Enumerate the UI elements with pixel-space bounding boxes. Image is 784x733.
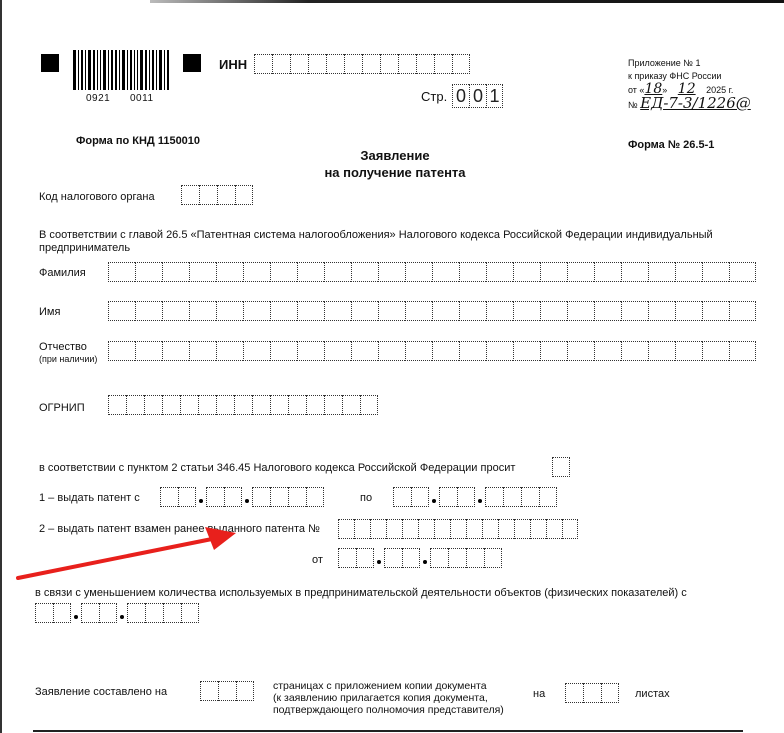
- cell[interactable]: [338, 519, 354, 539]
- cell[interactable]: [702, 262, 729, 282]
- cell[interactable]: [189, 341, 216, 361]
- composed-label: Заявление составлено на: [35, 686, 167, 698]
- surname-field[interactable]: [108, 262, 756, 282]
- cell[interactable]: [236, 681, 254, 701]
- cell[interactable]: [466, 548, 484, 568]
- month-cells[interactable]: [439, 487, 475, 507]
- patent-end-date-field[interactable]: [393, 487, 557, 507]
- cell[interactable]: [290, 54, 308, 74]
- surname-label: Фамилия: [39, 267, 86, 279]
- cell[interactable]: [199, 185, 217, 205]
- cell[interactable]: [356, 548, 374, 568]
- barcode-bar: [145, 50, 147, 90]
- cell[interactable]: [405, 301, 432, 321]
- cell[interactable]: [198, 395, 216, 415]
- cell[interactable]: [162, 301, 189, 321]
- cell[interactable]: [99, 603, 117, 623]
- cell[interactable]: [216, 341, 243, 361]
- tax-authority-code-field[interactable]: [181, 185, 253, 205]
- barcode-bar: [140, 50, 143, 90]
- cell[interactable]: [485, 487, 503, 507]
- cell[interactable]: [235, 185, 253, 205]
- alignment-marker-right: [183, 54, 201, 72]
- date-separator-dot: [71, 603, 81, 623]
- patent-number-field[interactable]: [338, 519, 578, 539]
- cell[interactable]: [648, 262, 675, 282]
- cell[interactable]: [127, 603, 145, 623]
- request-intro: в соответствии с пунктом 2 статьи 346.45…: [39, 462, 515, 474]
- cell[interactable]: [81, 603, 99, 623]
- page-label: Стр.: [421, 89, 447, 104]
- cell[interactable]: [326, 54, 344, 74]
- cell[interactable]: [402, 519, 418, 539]
- cell[interactable]: [338, 548, 356, 568]
- cell[interactable]: [402, 548, 420, 568]
- cell[interactable]: [432, 341, 459, 361]
- cell[interactable]: [459, 301, 486, 321]
- barcode-bar: [81, 50, 83, 90]
- cell[interactable]: [297, 262, 324, 282]
- barcode-bars: [73, 50, 171, 90]
- knd-code: Форма по КНД 1150010: [76, 135, 200, 147]
- barcode-number-left: 0921: [86, 93, 110, 104]
- cell[interactable]: [565, 683, 583, 703]
- cell[interactable]: [540, 341, 567, 361]
- cell[interactable]: [135, 341, 162, 361]
- handwritten-day: 18: [644, 81, 662, 97]
- handwritten-month: 12: [670, 81, 704, 97]
- cell[interactable]: [457, 487, 475, 507]
- month-cells[interactable]: [81, 603, 117, 623]
- cell[interactable]: [567, 262, 594, 282]
- barcode-bar: [85, 50, 86, 90]
- barcode-bar: [100, 50, 101, 90]
- cell[interactable]: [513, 301, 540, 321]
- cell[interactable]: [434, 54, 452, 74]
- cell[interactable]: [405, 262, 432, 282]
- request-option-field[interactable]: [552, 457, 570, 477]
- cell[interactable]: [108, 341, 135, 361]
- patronymic-note: (при наличии): [39, 354, 97, 364]
- on-label: на: [533, 688, 545, 700]
- cell[interactable]: [486, 301, 513, 321]
- cell[interactable]: [514, 519, 530, 539]
- barcode-number-right: 0011: [130, 93, 154, 104]
- pages-explanation: страницах с приложением копии документа …: [273, 680, 504, 716]
- cell[interactable]: [163, 603, 181, 623]
- cell[interactable]: [432, 262, 459, 282]
- cell[interactable]: [432, 301, 459, 321]
- cell[interactable]: [434, 519, 450, 539]
- cell[interactable]: [539, 487, 557, 507]
- cell[interactable]: [675, 301, 702, 321]
- date-separator-dot: [374, 548, 384, 568]
- cell[interactable]: [53, 603, 71, 623]
- cell[interactable]: 1: [486, 84, 503, 108]
- cell[interactable]: [386, 519, 402, 539]
- cell[interactable]: [648, 301, 675, 321]
- reduction-text: в связи с уменьшением количества использ…: [35, 587, 687, 599]
- cell[interactable]: [498, 519, 514, 539]
- cell[interactable]: [162, 395, 180, 415]
- date-separator-dot: [420, 548, 430, 568]
- barcode-bar: [159, 50, 162, 90]
- cell[interactable]: [448, 548, 466, 568]
- cell[interactable]: [484, 548, 502, 568]
- day-cells[interactable]: [338, 548, 374, 568]
- cell[interactable]: [594, 301, 621, 321]
- intro-text: В соответствии с главой 26.5 «Патентная …: [39, 229, 759, 255]
- cell[interactable]: [675, 262, 702, 282]
- barcode-bar: [164, 50, 165, 90]
- year-cells[interactable]: [252, 487, 324, 507]
- date-separator-dot: [242, 487, 252, 507]
- cell[interactable]: [398, 54, 416, 74]
- cell[interactable]: [351, 341, 378, 361]
- cell[interactable]: [378, 262, 405, 282]
- barcode-bar: [149, 50, 150, 90]
- scan-left-edge: [0, 0, 2, 733]
- appendix-line1: Приложение № 1: [628, 57, 751, 70]
- barcode-bar: [122, 50, 125, 90]
- cell[interactable]: [351, 262, 378, 282]
- cell[interactable]: [540, 262, 567, 282]
- appendix-block: Приложение № 1 к приказу ФНС России от «…: [628, 57, 751, 112]
- cell[interactable]: [482, 519, 498, 539]
- cell[interactable]: [378, 301, 405, 321]
- cell[interactable]: [234, 395, 252, 415]
- date-separator-dot: [117, 603, 127, 623]
- cell[interactable]: [272, 54, 290, 74]
- cell[interactable]: [160, 487, 178, 507]
- cell[interactable]: [217, 185, 235, 205]
- cell[interactable]: [35, 603, 53, 623]
- date-separator-dot: [475, 487, 485, 507]
- cell[interactable]: [621, 341, 648, 361]
- inn-field[interactable]: [254, 54, 470, 74]
- cell[interactable]: [162, 341, 189, 361]
- cell[interactable]: [324, 262, 351, 282]
- cell[interactable]: 0: [452, 84, 469, 108]
- cell[interactable]: [380, 54, 398, 74]
- cell[interactable]: [243, 341, 270, 361]
- patent-start-date-field[interactable]: [160, 487, 324, 507]
- cell[interactable]: [243, 301, 270, 321]
- sheet-count-field[interactable]: [565, 683, 619, 703]
- cell[interactable]: [270, 487, 288, 507]
- cell[interactable]: [729, 341, 756, 361]
- year-cells[interactable]: [127, 603, 199, 623]
- cell[interactable]: [351, 301, 378, 321]
- barcode-bar: [103, 50, 106, 90]
- year-cells[interactable]: [430, 548, 502, 568]
- cell[interactable]: [702, 301, 729, 321]
- cell[interactable]: [411, 487, 429, 507]
- cell[interactable]: [418, 519, 434, 539]
- scan-top-edge: [150, 0, 784, 3]
- bottom-rule: [33, 730, 743, 732]
- cell[interactable]: [181, 603, 199, 623]
- cell[interactable]: [270, 262, 297, 282]
- cell[interactable]: [252, 395, 270, 415]
- cell[interactable]: [308, 54, 326, 74]
- cell[interactable]: [583, 683, 601, 703]
- cell[interactable]: [729, 301, 756, 321]
- barcode-bar: [127, 50, 128, 90]
- date-separator-dot: [196, 487, 206, 507]
- cell[interactable]: [594, 341, 621, 361]
- barcode-bar: [93, 50, 95, 90]
- cell[interactable]: [306, 487, 324, 507]
- cell[interactable]: [354, 519, 370, 539]
- cell[interactable]: [378, 341, 405, 361]
- cell[interactable]: [513, 341, 540, 361]
- month-cells[interactable]: [384, 548, 420, 568]
- reduction-date-field[interactable]: [35, 603, 199, 623]
- cell[interactable]: [200, 681, 218, 701]
- cell[interactable]: [189, 301, 216, 321]
- cell[interactable]: [254, 54, 272, 74]
- year-cells[interactable]: [485, 487, 557, 507]
- date-separator-dot: [429, 487, 439, 507]
- cell[interactable]: [362, 54, 380, 74]
- cell[interactable]: [324, 301, 351, 321]
- cell[interactable]: [552, 457, 570, 477]
- name-label: Имя: [39, 306, 60, 318]
- day-cells[interactable]: [35, 603, 71, 623]
- cell[interactable]: [181, 185, 199, 205]
- cell[interactable]: [450, 519, 466, 539]
- cell[interactable]: [675, 341, 702, 361]
- cell[interactable]: [216, 262, 243, 282]
- cell[interactable]: [297, 301, 324, 321]
- inn-label: ИНН: [219, 57, 247, 72]
- cell[interactable]: [126, 395, 144, 415]
- month-cells[interactable]: [206, 487, 242, 507]
- cell[interactable]: [360, 395, 378, 415]
- cell[interactable]: [216, 301, 243, 321]
- barcode-bar: [97, 50, 98, 90]
- cell[interactable]: [513, 262, 540, 282]
- cell[interactable]: [521, 487, 539, 507]
- red-arrow-annotation: [0, 520, 260, 590]
- cell[interactable]: [370, 519, 386, 539]
- cell[interactable]: [648, 341, 675, 361]
- barcode-bar: [115, 50, 117, 90]
- cell[interactable]: [324, 341, 351, 361]
- cell[interactable]: [144, 395, 162, 415]
- cell[interactable]: [288, 487, 306, 507]
- ogrnip-field[interactable]: [108, 395, 378, 415]
- patronymic-label: Отчество: [39, 341, 87, 353]
- option1-label: 1 – выдать патент с: [39, 492, 140, 504]
- cell[interactable]: [108, 301, 135, 321]
- cell[interactable]: [135, 301, 162, 321]
- cell[interactable]: [180, 395, 198, 415]
- cell[interactable]: [206, 487, 224, 507]
- cell[interactable]: [270, 341, 297, 361]
- day-cells[interactable]: [393, 487, 429, 507]
- cell[interactable]: [108, 395, 126, 415]
- cell[interactable]: [252, 487, 270, 507]
- cell[interactable]: [503, 487, 521, 507]
- cell[interactable]: [216, 395, 234, 415]
- page-count-field[interactable]: [200, 681, 254, 701]
- cell[interactable]: [243, 262, 270, 282]
- cell[interactable]: [108, 262, 135, 282]
- cell[interactable]: [178, 487, 196, 507]
- cell[interactable]: [189, 262, 216, 282]
- ogrnip-label: ОГРНИП: [39, 402, 85, 414]
- cell[interactable]: [452, 54, 470, 74]
- barcode-bar: [111, 50, 113, 90]
- cell[interactable]: [342, 395, 360, 415]
- cell[interactable]: [562, 519, 578, 539]
- cell[interactable]: [288, 395, 306, 415]
- barcode-bar: [137, 50, 138, 90]
- tax-authority-label: Код налогового органа: [39, 191, 155, 203]
- cell[interactable]: [324, 395, 342, 415]
- cell[interactable]: [621, 301, 648, 321]
- cell[interactable]: [344, 54, 362, 74]
- cell[interactable]: [439, 487, 457, 507]
- barcode-bar: [134, 50, 135, 90]
- alignment-marker-left: [41, 54, 59, 72]
- cell[interactable]: [416, 54, 434, 74]
- cell[interactable]: [486, 341, 513, 361]
- barcode-bar: [78, 50, 79, 90]
- cell[interactable]: [306, 395, 324, 415]
- cell[interactable]: [224, 487, 242, 507]
- from-label: от: [312, 554, 323, 566]
- cell[interactable]: [270, 301, 297, 321]
- cell[interactable]: [594, 262, 621, 282]
- page-title: Заявление на получение патента: [290, 147, 500, 181]
- cell[interactable]: [540, 301, 567, 321]
- cell[interactable]: 0: [469, 84, 486, 108]
- barcode-bar: [130, 50, 132, 90]
- cell[interactable]: [405, 341, 432, 361]
- cell[interactable]: [270, 395, 288, 415]
- barcode-bar: [152, 50, 154, 90]
- barcode-bar: [73, 50, 76, 90]
- cell[interactable]: [702, 341, 729, 361]
- name-field[interactable]: [108, 301, 756, 321]
- form-number: Форма № 26.5-1: [628, 139, 714, 151]
- patronymic-field[interactable]: [108, 341, 756, 361]
- cell[interactable]: [430, 548, 448, 568]
- cell[interactable]: [546, 519, 562, 539]
- cell[interactable]: [601, 683, 619, 703]
- barcode: [73, 50, 171, 90]
- previous-patent-date-field[interactable]: [338, 548, 502, 568]
- to-label: по: [360, 492, 372, 504]
- cell[interactable]: [486, 262, 513, 282]
- barcode-bar: [156, 50, 157, 90]
- day-cells[interactable]: [160, 487, 196, 507]
- cell[interactable]: [621, 262, 648, 282]
- page-number-field[interactable]: 001: [452, 84, 503, 108]
- barcode-bar: [167, 50, 169, 90]
- cell[interactable]: [459, 262, 486, 282]
- cell[interactable]: [530, 519, 546, 539]
- cell[interactable]: [384, 548, 402, 568]
- appendix-number: № ЕД-7-3/1226@: [628, 97, 751, 112]
- sheets-label: листах: [635, 688, 670, 700]
- cell[interactable]: [729, 262, 756, 282]
- cell[interactable]: [135, 262, 162, 282]
- cell[interactable]: [459, 341, 486, 361]
- barcode-bar: [88, 50, 91, 90]
- barcode-bar: [108, 50, 109, 90]
- cell[interactable]: [567, 341, 594, 361]
- cell[interactable]: [393, 487, 411, 507]
- cell[interactable]: [297, 341, 324, 361]
- barcode-bar: [119, 50, 120, 90]
- appendix-date: от «18» 12 2025 г.: [628, 83, 751, 97]
- cell[interactable]: [567, 301, 594, 321]
- cell[interactable]: [466, 519, 482, 539]
- cell[interactable]: [145, 603, 163, 623]
- cell[interactable]: [218, 681, 236, 701]
- cell[interactable]: [162, 262, 189, 282]
